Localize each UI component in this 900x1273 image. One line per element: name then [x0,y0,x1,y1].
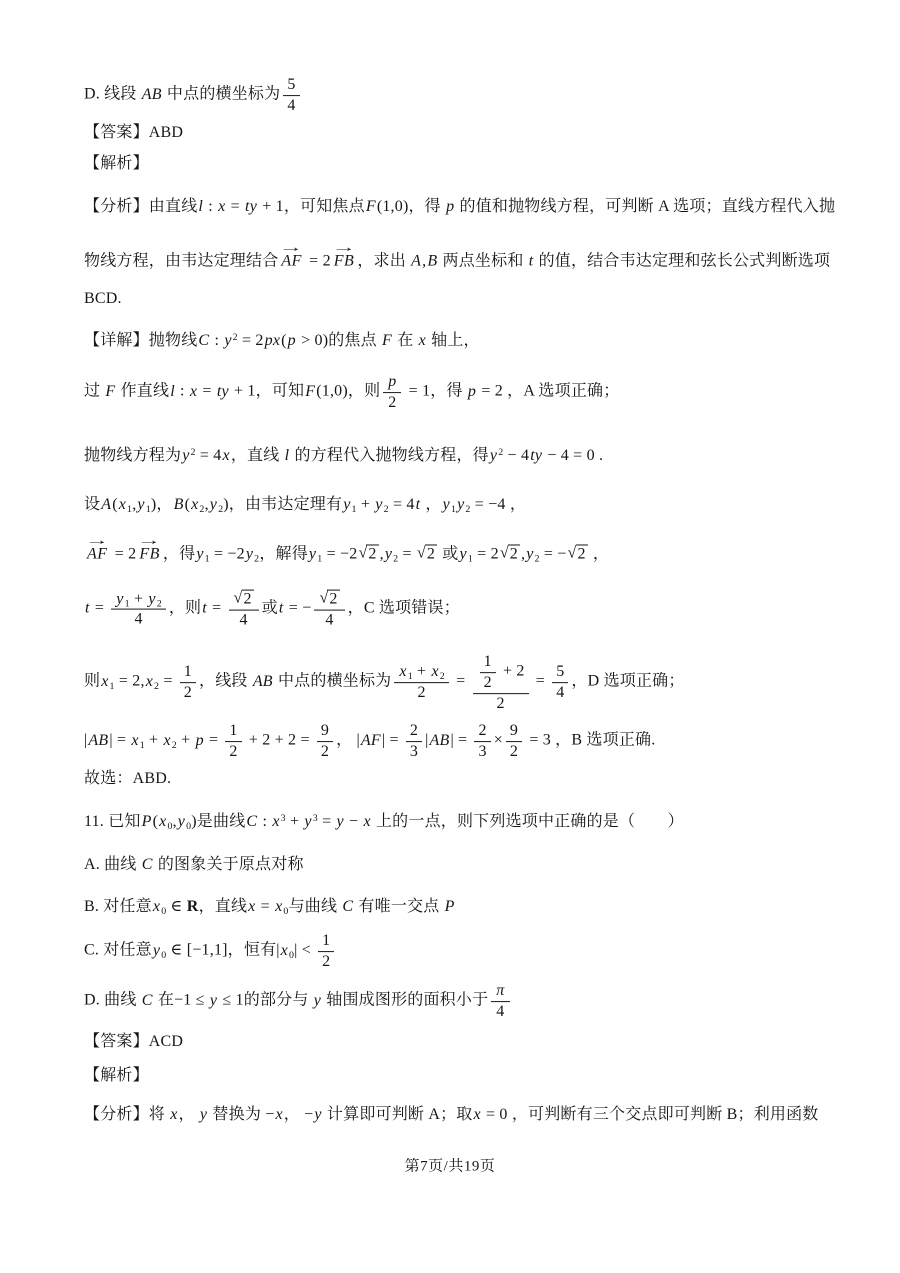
document-page: D. 线段 AB 中点的横坐标为54 【答案】ABD 【解析】 【分析】由直线l… [0,0,900,1273]
option-d-q10: D. 线段 AB 中点的横坐标为54 [84,75,303,115]
solution-q10-line3: 抛物线方程为y2 = 4x，直线 l 的方程代入抛物线方程，得y2 − 4ty … [84,446,603,466]
question-11-stem: 11. 已知P(x0,y0)是曲线C : x3 + y3 = y − x 上的一… [84,812,684,832]
analysis-q10-line2: 物线方程，由韦达定理结合→AF = 2→FB，求出 A,B 两点坐标和 t 的值… [84,244,830,271]
analysis-q10-line3: BCD. [84,289,122,309]
option-c-q11: C. 对任意y0 ∈ [−1,1]，恒有|x0| < 12 [84,931,337,971]
answer-q10: 【答案】ABD [84,123,183,143]
explanation-label-q11: 【解析】 [84,1066,149,1086]
option-b-q11: B. 对任意x0 ∈ R，直线x = x0与曲线 C 有唯一交点 P [84,897,456,917]
solution-q10-line5: →AF = 2→FB，得y1 = −2y2，解得y1 = −2√2,y2 = √… [84,537,609,564]
solution-q10-line2: 过 F 作直线l : x = ty + 1，可知F(1,0)，则p2 = 1，得… [84,372,619,412]
answer-q11: 【答案】ACD [84,1032,183,1052]
solution-q10-line1: 【详解】抛物线C : y2 = 2px(p > 0)的焦点 F 在 x 轴上， [84,331,480,351]
solution-q10-line8: |AB| = x1 + x2 + p = 12 + 2 + 2 = 92， |A… [84,721,655,761]
analysis-q11-line1: 【分析】将 x， y 替换为 −x， −y 计算即可判断 A；取x = 0 ，可… [84,1105,819,1125]
solution-q10-line7: 则x1 = 2,x2 = 12，线段 AB 中点的横坐标为x1 + x22 = … [84,651,685,713]
solution-q10-line4: 设A(x1,y1)，B(x2,y2)，由韦达定理有y1 + y2 = 4t ，y… [84,495,526,515]
page-number-footer: 第7页/共19页 [0,1155,900,1176]
option-d-q11: D. 曲线 C 在−1 ≤ y ≤ 1的部分与 y 轴围成图形的面积小于π4 [84,981,513,1021]
explanation-label-q10: 【解析】 [84,154,149,174]
solution-q10-line6: t = y1 + y24，则t = √24或t = −√24，C 选项错误； [84,589,460,630]
option-a-q11: A. 曲线 C 的图象关于原点对称 [84,855,304,875]
analysis-q10-line1: 【分析】由直线l : x = ty + 1，可知焦点F(1,0)，得 p 的值和… [84,197,835,217]
conclusion-q10: 故选：ABD. [84,769,171,789]
